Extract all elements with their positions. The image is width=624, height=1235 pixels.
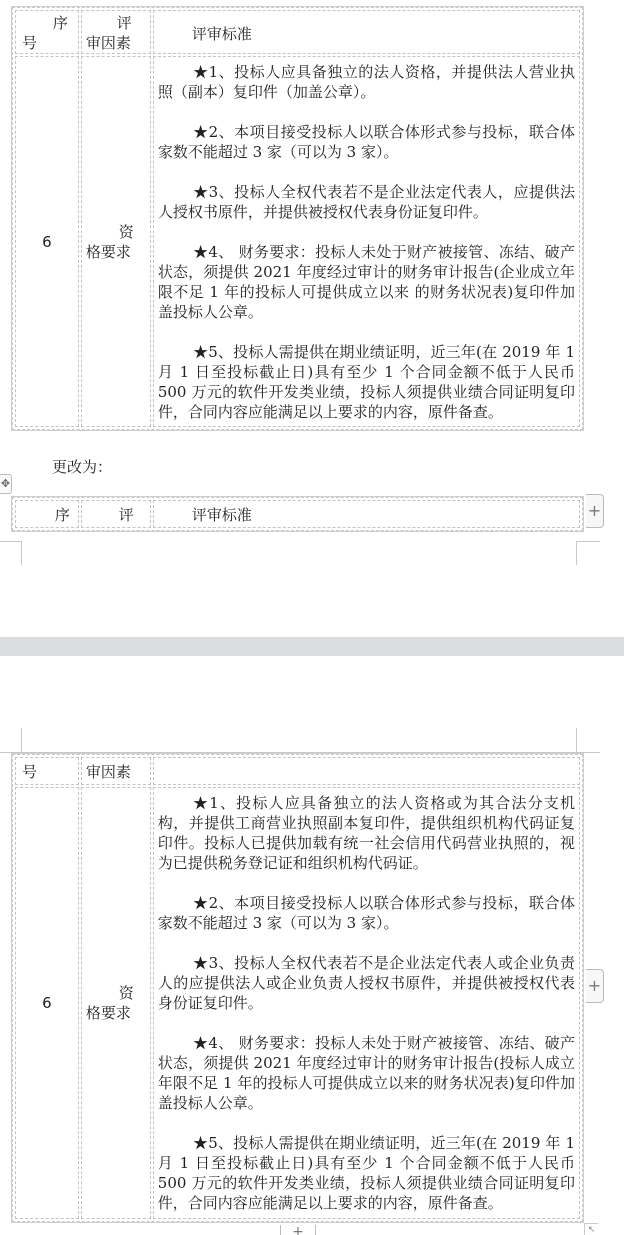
header-factor-label: 评 — [119, 506, 134, 524]
header-factor-cell[interactable]: 评 审因素 — [81, 10, 151, 54]
header-factor-label: 审因素 — [86, 763, 131, 781]
clause-5: ★5、投标人需提供在期业绩证明，近三年(在 2019 年 1 月 1 日至投标截… — [158, 1133, 575, 1213]
margin-mark-bottom-left-v — [21, 541, 22, 565]
table-header-row: 序 号 评 审因素 评审标准 — [15, 10, 580, 54]
clause-4: ★4、 财务要求：投标人未处于财产被接管、冻结、破产状态，须提供 2021 年度… — [158, 242, 575, 322]
header-num-cell[interactable]: 序 — [15, 500, 79, 528]
factor-top: 资 — [86, 983, 150, 1003]
table-header-row: 号 审因素 — [15, 757, 580, 785]
header-num-top: 序 — [16, 11, 78, 33]
header-factor-top: 评 — [82, 11, 150, 33]
header-num-label: 号 — [22, 763, 37, 781]
row-num-cell[interactable]: 6 — [15, 787, 79, 1219]
add-row-button[interactable]: + — [280, 1225, 316, 1235]
clause-1: ★1、投标人应具备独立的法人资格，并提供法人营业执照（副本）复印件（加盖公章）。 — [158, 62, 575, 102]
row-factor-cell[interactable]: 资 格要求 — [81, 787, 151, 1219]
page-separator — [0, 637, 624, 656]
margin-mark-top-left-v — [21, 728, 22, 752]
clause-3: ★3、投标人全权代表若不是企业法定代表人或企业负责人的应提供法人或企业负责人授权… — [158, 953, 575, 1013]
table-row: 6 资 格要求 ★1、投标人应具备独立的法人资格，并提供法人营业执照（副本）复印… — [15, 56, 580, 427]
table-resize-handle-icon[interactable]: ↖ — [584, 1223, 598, 1235]
clause-3: ★3、投标人全权代表若不是企业法定代表人，应提供法人授权书原件，并提供被授权代表… — [158, 182, 575, 222]
add-column-button[interactable]: + — [586, 494, 604, 528]
row-factor-cell[interactable]: 资 格要求 — [81, 56, 151, 427]
header-standard-cell[interactable] — [153, 757, 580, 785]
header-standard-cell[interactable]: 评审标准 — [153, 10, 580, 54]
margin-mark-bottom-right-v — [576, 541, 577, 565]
revised-criteria-table: 号 审因素 6 资 格要求 ★1、投标人应具备独立的法人资格或为其合法分支机构，… — [12, 754, 583, 1222]
header-standard-cell[interactable]: 评审标准 — [153, 500, 580, 528]
factor-top: 资 — [86, 222, 150, 242]
table-header-row: 序 评 评审标准 — [15, 500, 580, 528]
header-num-cell[interactable]: 序 号 — [15, 10, 79, 54]
revised-table-page1-fragment: 序 评 评审标准 — [12, 497, 583, 531]
add-column-button-2[interactable]: + — [586, 969, 604, 1003]
row-num-cell[interactable]: 6 — [15, 56, 79, 427]
header-factor-cell[interactable]: 评 — [81, 500, 151, 528]
row-standard-cell[interactable]: ★1、投标人应具备独立的法人资格或为其合法分支机构，并提供工商营业执照副本复印件… — [153, 787, 580, 1219]
clause-2: ★2、本项目接受投标人以联合体形式参与投标，联合体家数不能超过 3 家（可以为 … — [158, 122, 575, 162]
factor-bottom: 格要求 — [86, 242, 150, 262]
header-factor-cell[interactable]: 审因素 — [81, 757, 151, 785]
margin-mark-top-right-v — [576, 728, 577, 752]
clause-2: ★2、本项目接受投标人以联合体形式参与投标，联合体家数不能超过 3 家（可以为 … — [158, 893, 575, 933]
header-factor-bottom: 审因素 — [82, 33, 150, 53]
clause-4: ★4、 财务要求：投标人未处于财产被接管、冻结、破产状态，须提供 2021 年度… — [158, 1033, 575, 1113]
table-move-handle-icon[interactable]: ✥ — [0, 474, 12, 494]
change-label: 更改为： — [52, 456, 112, 477]
header-num-label: 序 — [55, 506, 70, 524]
row-standard-cell[interactable]: ★1、投标人应具备独立的法人资格，并提供法人营业执照（副本）复印件（加盖公章）。… — [153, 56, 580, 427]
header-standard-label: 评审标准 — [192, 506, 252, 524]
header-num-cell[interactable]: 号 — [15, 757, 79, 785]
page2-top-line — [0, 752, 600, 753]
clause-1: ★1、投标人应具备独立的法人资格或为其合法分支机构，并提供工商营业执照副本复印件… — [158, 793, 575, 873]
clause-5: ★5、投标人需提供在期业绩证明，近三年(在 2019 年 1 月 1 日至投标截… — [158, 342, 575, 422]
header-num-bottom: 号 — [16, 33, 78, 53]
margin-mark-bottom-right-h — [576, 541, 600, 542]
margin-mark-bottom-left-h — [0, 541, 21, 542]
original-criteria-table: 序 号 评 审因素 评审标准 6 资 格要求 ★1、投标人应具备独立的法人资格，… — [12, 7, 583, 430]
table-row: 6 资 格要求 ★1、投标人应具备独立的法人资格或为其合法分支机构，并提供工商营… — [15, 787, 580, 1219]
factor-bottom: 格要求 — [86, 1003, 150, 1023]
